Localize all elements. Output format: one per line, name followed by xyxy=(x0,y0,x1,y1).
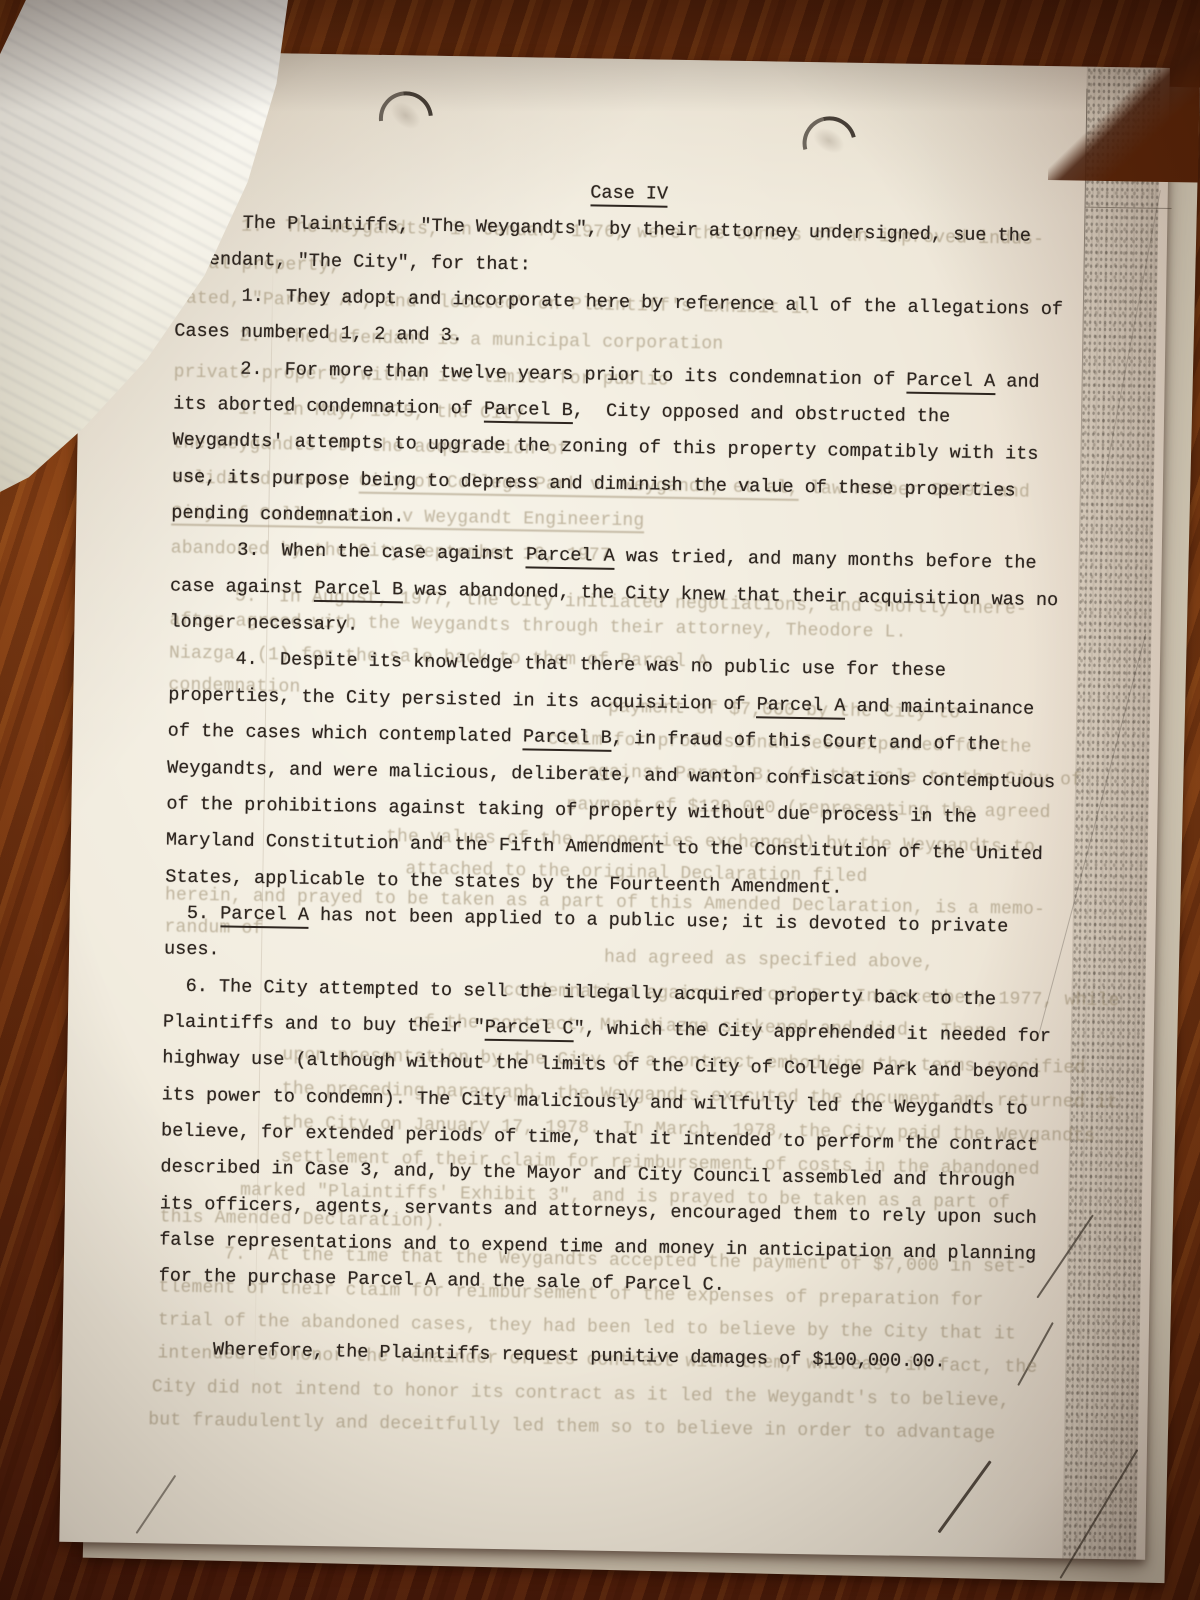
text-segment: and maintainance xyxy=(845,696,1034,720)
text-segment: ", which the City apprehended it needed … xyxy=(573,1018,1051,1047)
text-segment: States, applicable to the states by the … xyxy=(165,866,842,898)
text-segment: 2. For more than twelve years prior to i… xyxy=(174,357,907,390)
text-segment: Maryland Constitution and the Fifth Amen… xyxy=(166,830,1043,866)
text-segment: false representations and to expend time… xyxy=(159,1229,1036,1265)
text-segment: Weygandts, and were malicious, deliberat… xyxy=(167,757,1055,793)
text-segment: uses. xyxy=(164,939,220,961)
text-segment: 3. When the case against xyxy=(171,539,527,566)
text-segment: but fraudulently and deceitfully led the… xyxy=(148,1410,995,1444)
text-segment: has not been applied to a public use; it… xyxy=(309,905,1009,938)
text-segment: Cases numbered 1, 2 and 3. xyxy=(174,321,463,347)
photo-background: 1. The Weygandts, in January 1976, were … xyxy=(0,0,1200,1600)
text-segment: properties, the City persisted in its ac… xyxy=(168,684,757,715)
underlined-text: Parcel B xyxy=(314,578,403,603)
text-segment: Weygandts' attempts to upgrade the zonin… xyxy=(172,430,1038,465)
text-segment: Wherefore, the Plaintiffs request puniti… xyxy=(157,1338,945,1372)
text-segment: 5. xyxy=(165,902,221,924)
underlined-text: Case IV xyxy=(590,182,668,207)
text-segment: described in Case 3, and, by the Mayor a… xyxy=(160,1157,1015,1192)
text-segment: , City opposed and obstructed the xyxy=(573,400,951,427)
text-segment: highway use (although without the limits… xyxy=(162,1048,1039,1084)
text-segment: its power to condemn). The City maliciou… xyxy=(162,1084,1028,1119)
text-segment: its officers, agents, servants and attor… xyxy=(160,1193,1037,1229)
document-text: Case IV The Plaintiffs, "The Weygandts",… xyxy=(157,169,1082,1383)
desk-wood-corner-shadow xyxy=(1048,30,1200,182)
text-segment: its aborted condemnation of xyxy=(173,394,484,420)
text-segment: was abandoned, the City knew that their … xyxy=(403,579,1058,611)
text-segment: , in fraud of this Court and of the xyxy=(612,728,1001,755)
text-segment: pending condemnation. xyxy=(171,503,404,528)
text-segment: use, its purpose being to depress and di… xyxy=(172,466,1016,501)
underlined-text: Parcel A xyxy=(906,369,995,394)
text-segment: 6. The City attempted to sell the illega… xyxy=(163,975,996,1010)
text-segment: 4. Despite its knowledge that there was … xyxy=(169,648,946,682)
text-segment: City did not intend to honor its contrac… xyxy=(152,1377,1010,1411)
text-segment: Defendant, "The City", for that: xyxy=(175,248,531,275)
underlined-text: Parcel A xyxy=(526,545,615,570)
document-page: 1. The Weygandts, in January 1976, were … xyxy=(59,50,1170,1560)
underlined-text: Parcel A xyxy=(220,903,309,928)
text-segment: for the purchase Parcel A and the sale o… xyxy=(159,1266,725,1296)
underlined-text: Parcel B xyxy=(484,399,573,424)
ghost-text-line: City did not intend to honor its contrac… xyxy=(152,1377,1010,1411)
text-segment: 1. They adopt and incorporate here by re… xyxy=(175,285,1063,321)
text-segment: was tried, and many months before the xyxy=(615,546,1037,574)
underlined-text: Parcel C xyxy=(485,1017,574,1042)
text-segment: believe, for extended periods of time, t… xyxy=(161,1120,1038,1156)
text-segment: longer necessary. xyxy=(169,612,358,636)
text-segment: and xyxy=(995,371,1040,393)
underlined-text: Parcel A xyxy=(756,694,845,719)
text-segment: of the prohibitions against taking of pr… xyxy=(166,793,977,827)
text-segment: Plaintiffs and to buy their " xyxy=(163,1011,485,1037)
text-segment: The Plaintiffs, "The Weygandts", by thei… xyxy=(176,212,1031,247)
text-segment: of the cases which contemplated xyxy=(168,721,524,748)
underlined-text: Parcel B xyxy=(523,727,612,752)
text-segment: case against xyxy=(170,575,315,598)
ghost-text-line: but fraudulently and deceitfully led the… xyxy=(148,1410,995,1444)
